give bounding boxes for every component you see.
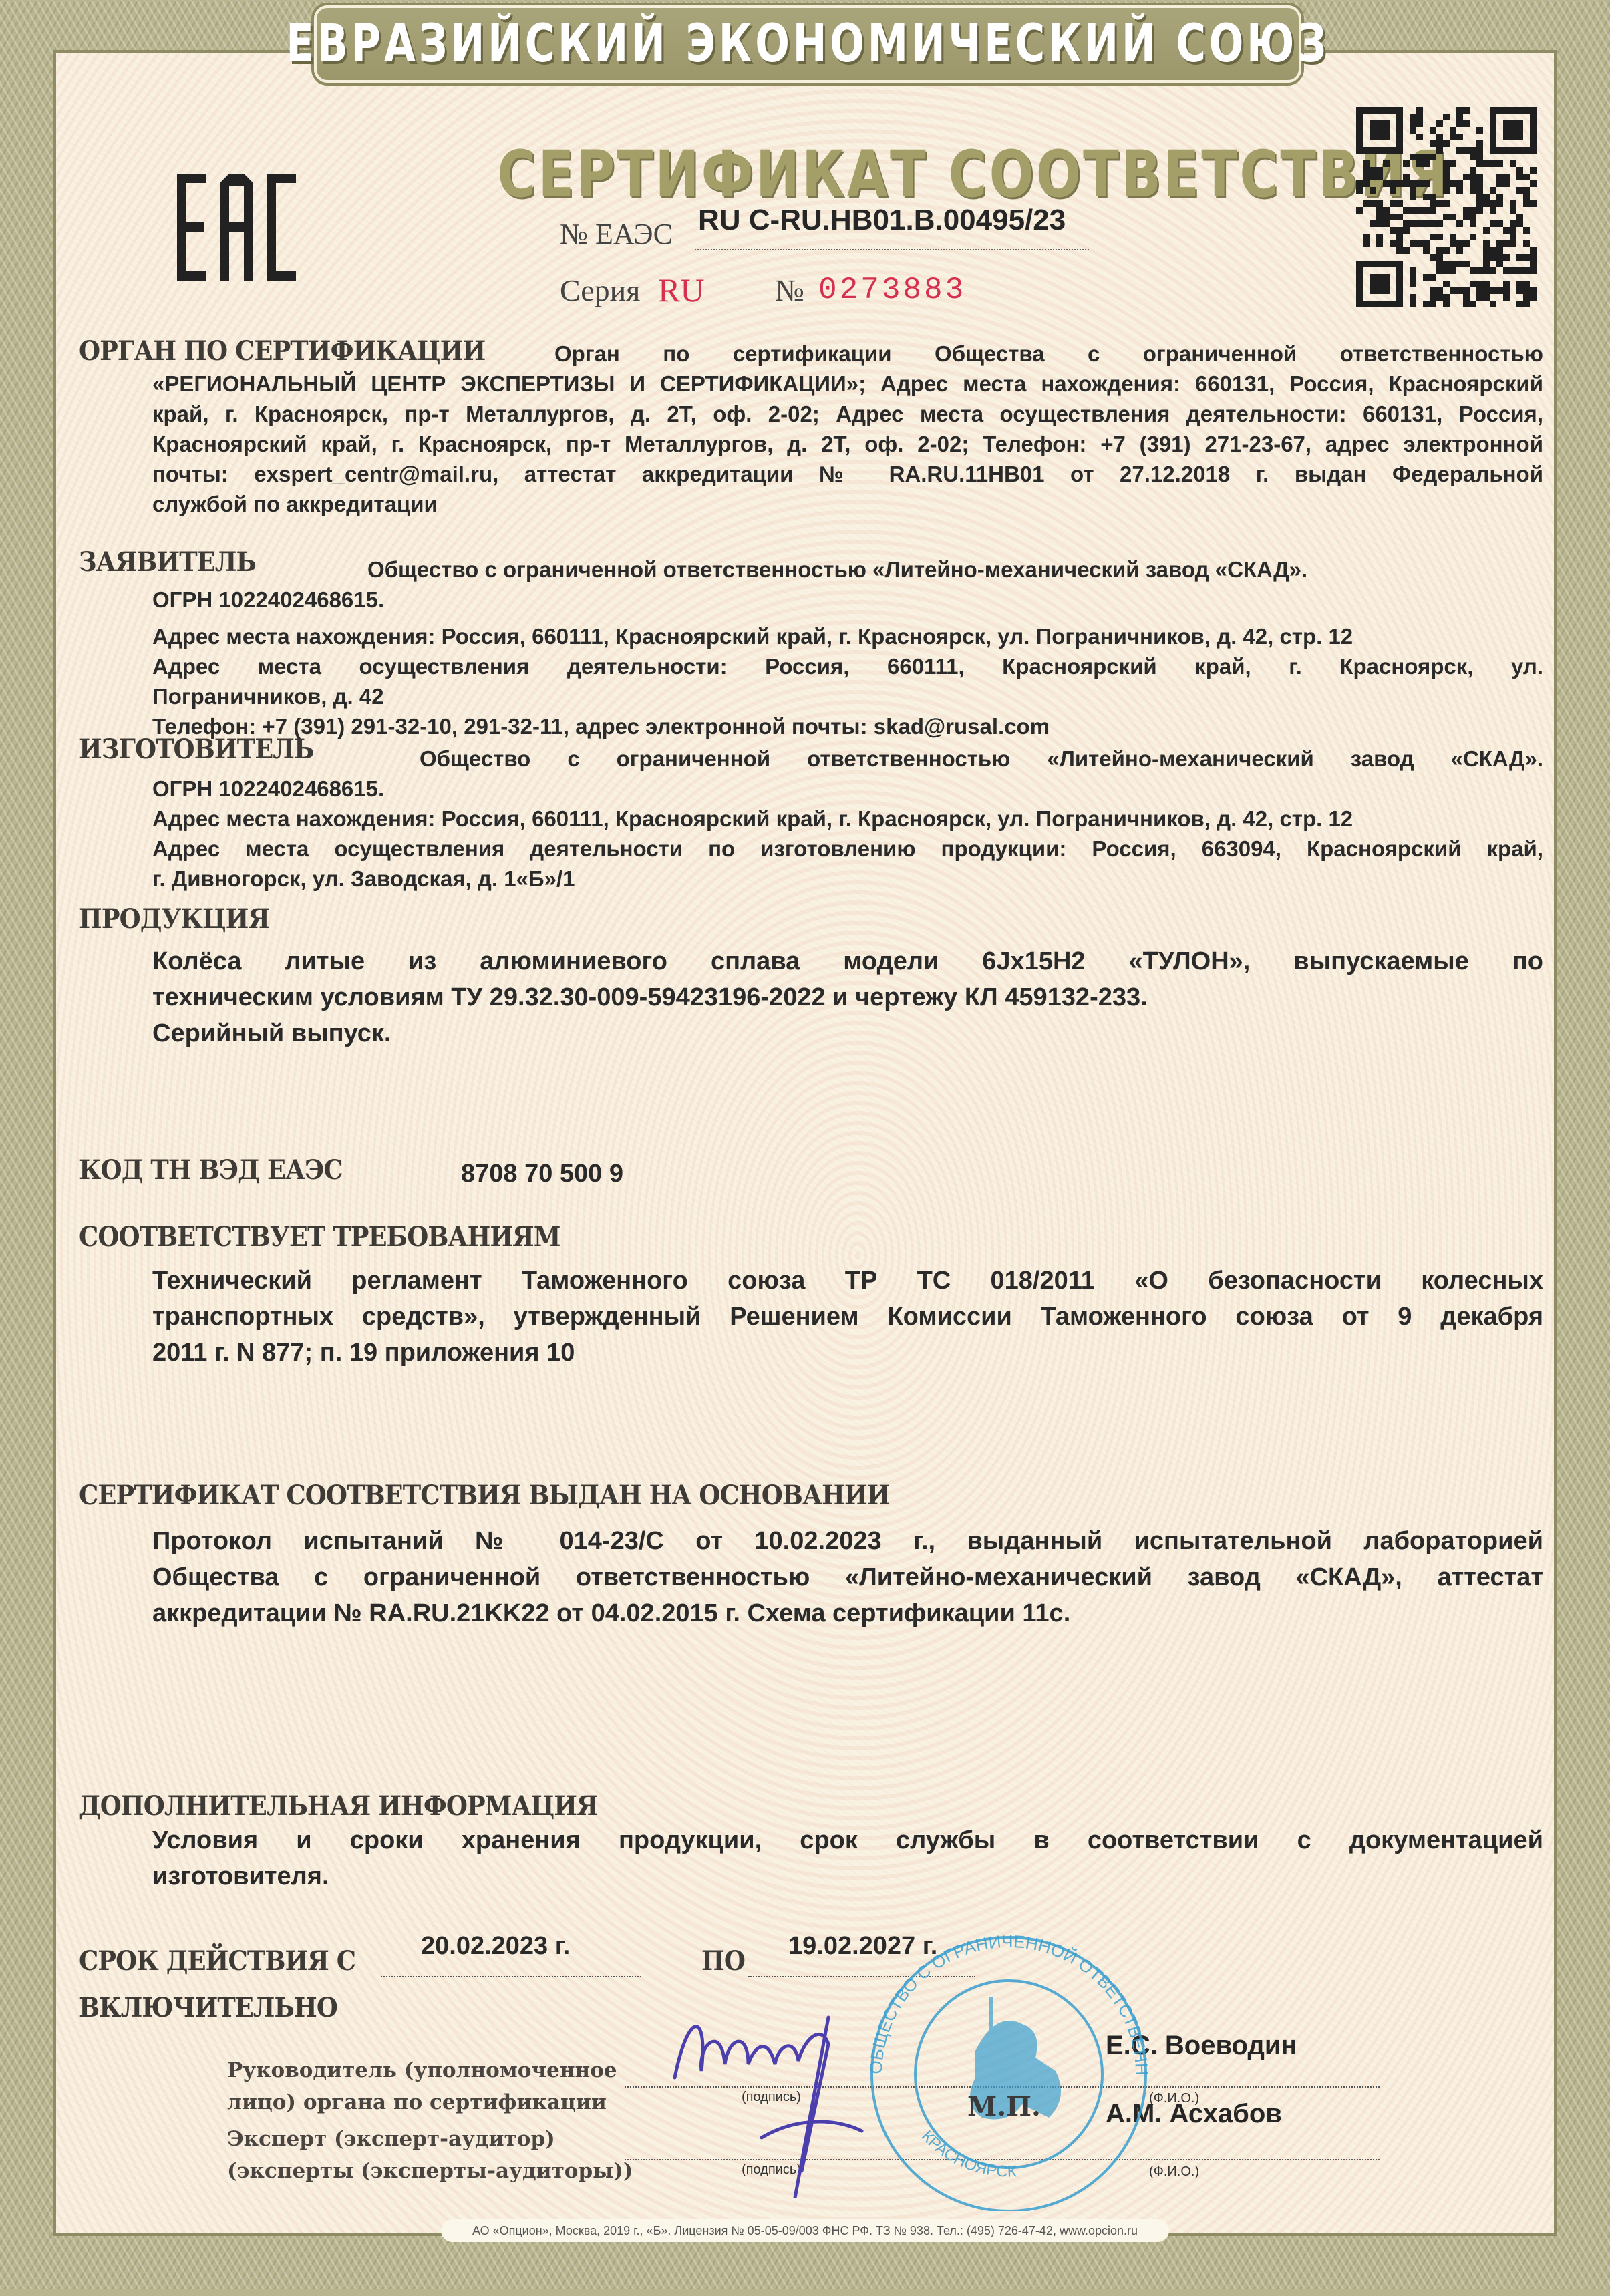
certification-body-line-1: Орган по сертификации Общества с огранич… [554,339,1543,369]
text-line: ОГРН 1022402468615. [152,585,1543,615]
applicant-heading: ЗАЯВИТЕЛЬ [79,546,256,578]
text-line: Адрес места нахождения: Россия, 660111, … [152,621,1543,651]
text-line: Серийный выпуск. [152,1015,1543,1051]
certification-body-text: «РЕГИОНАЛЬНЫЙ ЦЕНТР ЭКСПЕРТИЗЫ И СЕРТИФИ… [152,369,1543,519]
product-heading: ПРОДУКЦИЯ [79,903,269,935]
applicant-name: Общество с ограниченной ответственностью… [367,554,1307,585]
text-line: Адрес места осуществления деятельности: … [152,651,1543,681]
union-banner: ЕВРАЗИЙСКИЙ ЭКОНОМИЧЕСКИЙ СОЮЗ [314,5,1301,83]
text-line: Телефон: +7 (391) 291-32-10, 291-32-11, … [152,711,1543,742]
eac-mark-icon [177,174,297,281]
manufacturer-name: Общество с ограниченной ответственностью… [420,744,1543,774]
text-line: Технический регламент Таможенного союза … [152,1263,1543,1299]
validity-from-underline [381,1976,641,1977]
text-line: Общества с ограниченной ответственностью… [152,1559,1543,1595]
text-line: Руководитель (уполномоченное [227,2054,617,2086]
validity-inclusive-label: ВКЛЮЧИТЕЛЬНО [79,1992,337,2023]
basis-heading: СЕРТИФИКАТ СООТВЕТСТВИЯ ВЫДАН НА ОСНОВАН… [79,1480,890,1511]
series-value: RU [658,271,704,309]
seal-label: М.П. [967,2091,1041,2122]
text-line: транспортных средств», утвержденный Реше… [152,1299,1543,1335]
qr-code-icon[interactable] [1356,107,1537,307]
validity-from-label: СРОК ДЕЙСТВИЯ С [79,1945,355,1977]
text-line: Красноярский край, г. Красноярск, пр-т М… [152,429,1543,459]
product-description: Колёса литые из алюминиевого сплава моде… [152,943,1543,1051]
basis-text: Протокол испытаний № 014-23/С от 10.02.2… [152,1523,1543,1631]
text-line: Орган по сертификации Общества с огранич… [554,339,1543,369]
document-title: СЕРТИФИКАТ СООТВЕТСТВИЯ [497,137,1132,212]
text-line: (эксперты (эксперты-аудиторы)) [227,2155,633,2187]
hs-code-value: 8708 70 500 9 [461,1156,623,1192]
text-line: край, г. Красноярск, пр-т Металлургов, д… [152,399,1543,429]
eac-logo-svg [177,174,297,281]
form-number-value: 0273883 [818,273,966,307]
cert-number-label: № ЕАЭС [560,217,673,251]
requirements-text: Технический регламент Таможенного союза … [152,1263,1543,1371]
text-line: Пограничников, д. 42 [152,681,1543,711]
union-title: ЕВРАЗИЙСКИЙ ЭКОНОМИЧЕСКИЙ СОЮЗ [286,14,1329,74]
series-label: Серия [560,273,640,308]
text-line: г. Дивногорск, ул. Заводская, д. 1«Б»/1 [152,864,1543,894]
text-line: почты: exspert_centr@mail.ru, аттестат а… [152,459,1543,489]
validity-from-value: 20.02.2023 г. [421,1928,570,1964]
text-line: «РЕГИОНАЛЬНЫЙ ЦЕНТР ЭКСПЕРТИЗЫ И СЕРТИФИ… [152,369,1543,399]
hs-code-heading: КОД ТН ВЭД ЕАЭС [79,1154,343,1186]
manufacturer-details: ОГРН 1022402468615. Адрес места нахожден… [152,774,1543,894]
additional-info-text: Условия и сроки хранения продукции, срок… [152,1822,1543,1895]
text-line: Общество с ограниченной ответственностью… [420,744,1543,774]
text-line: аккредитации № RA.RU.21KK22 от 04.02.201… [152,1595,1543,1631]
text-line: ОГРН 1022402468615. [152,774,1543,804]
certification-body-heading: ОРГАН ПО СЕРТИФИКАЦИИ [79,335,485,367]
text-line: службой по аккредитации [152,489,1543,519]
text-line: изготовителя. [152,1858,1543,1895]
handwritten-signature-icon [661,1997,942,2198]
additional-info-heading: ДОПОЛНИТЕЛЬНАЯ ИНФОРМАЦИЯ [79,1790,598,1822]
text-line: лицо) органа по сертификации [227,2086,617,2118]
form-number-label: № [775,273,804,308]
expert-label: Эксперт (эксперт-аудитор) (эксперты (экс… [227,2123,633,2187]
text-line: Адрес места нахождения: Россия, 660111, … [152,804,1543,834]
text-line: техническим условиям ТУ 29.32.30-009-594… [152,979,1543,1015]
cert-number-underline [695,249,1089,250]
printer-imprint: АО «Опцион», Москва, 2019 г., «Б». Лицен… [441,2219,1169,2242]
text-line: Эксперт (эксперт-аудитор) [227,2123,633,2155]
requirements-heading: СООТВЕТСТВУЕТ ТРЕБОВАНИЯМ [79,1221,560,1253]
text-line: Условия и сроки хранения продукции, срок… [152,1822,1543,1858]
manufacturer-heading: ИЗГОТОВИТЕЛЬ [79,733,313,765]
text-line: 2011 г. N 877; п. 19 приложения 10 [152,1335,1543,1371]
cert-number: RU C-RU.HB01.B.00495/23 [698,204,1066,237]
validity-to-label: ПО [701,1945,745,1977]
text-line: Протокол испытаний № 014-23/С от 10.02.2… [152,1523,1543,1559]
applicant-details: ОГРН 1022402468615. Адрес места нахожден… [152,585,1543,742]
text-line: Адрес места осуществления деятельности п… [152,834,1543,864]
text-line: Колёса литые из алюминиевого сплава моде… [152,943,1543,979]
head-label: Руководитель (уполномоченное лицо) орган… [227,2054,617,2118]
